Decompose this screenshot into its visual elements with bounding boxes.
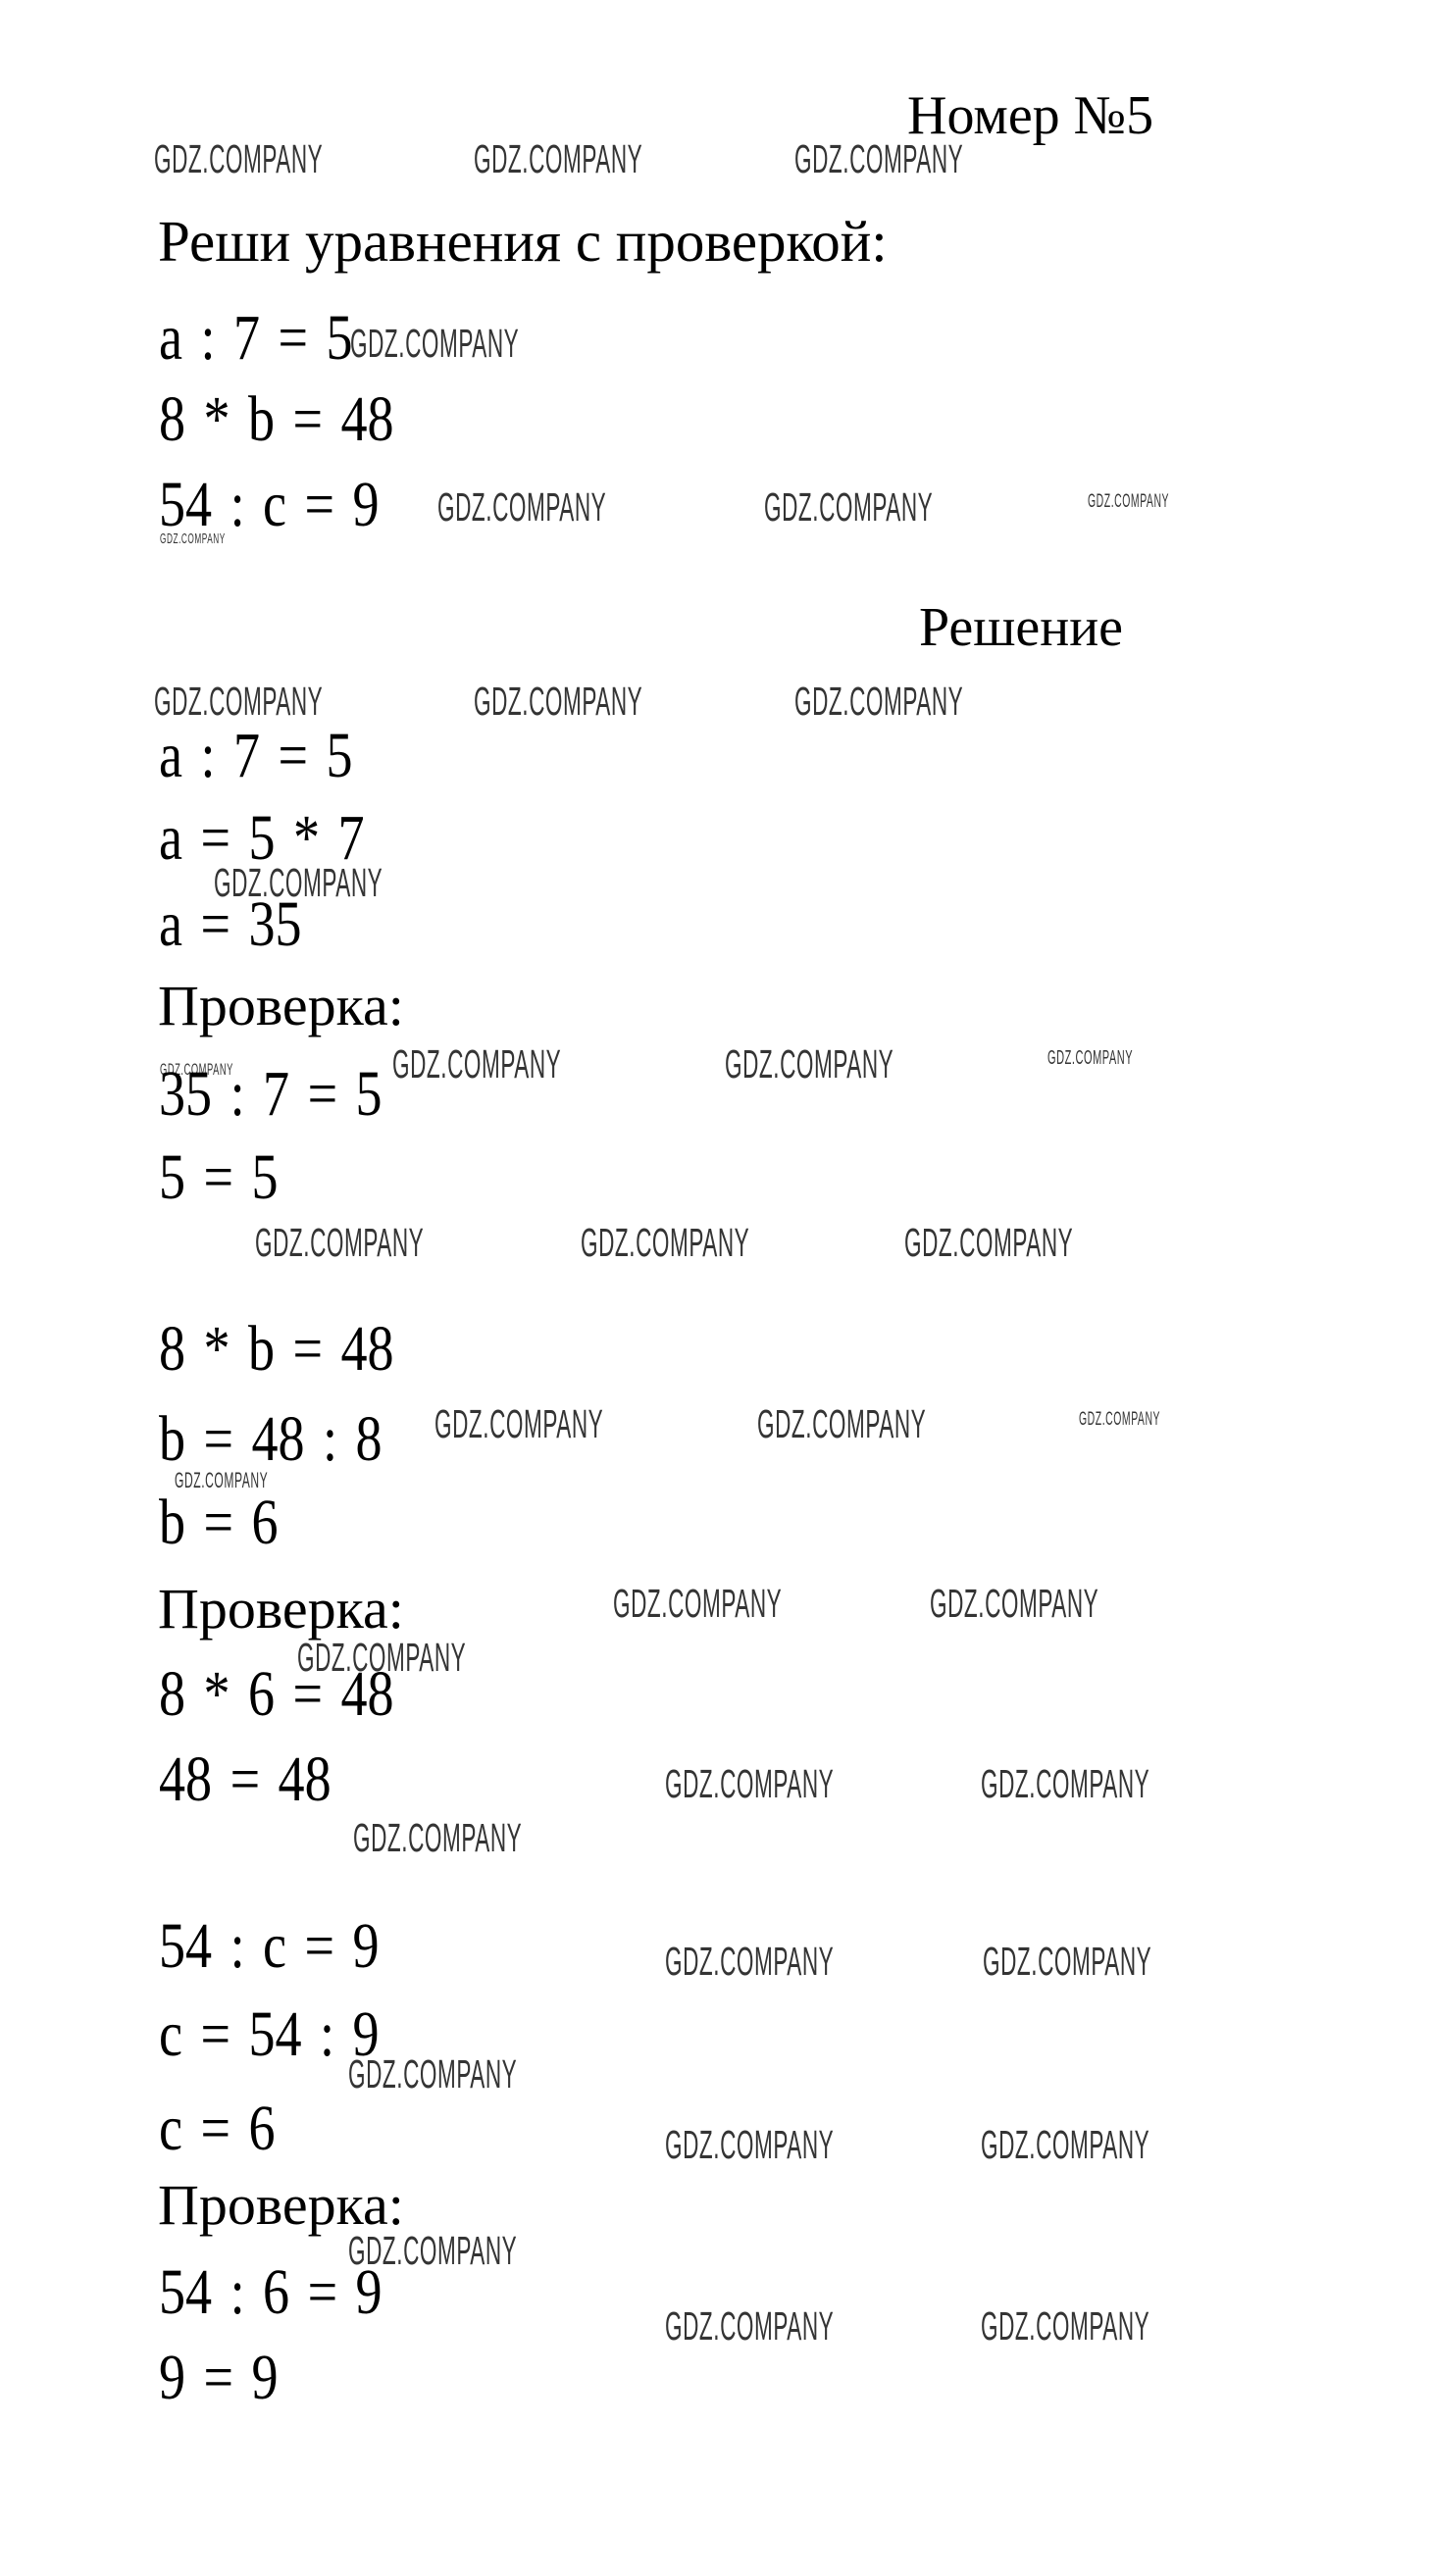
equation-line: 5 = 5 bbox=[159, 1145, 279, 1210]
watermark: GDZ.COMPANY bbox=[983, 1942, 1151, 1982]
watermark: GDZ.COMPANY bbox=[1079, 1410, 1160, 1429]
equation-line: 8 * b = 48 bbox=[159, 1317, 394, 1382]
watermark: GDZ.COMPANY bbox=[474, 139, 642, 179]
watermark: GDZ.COMPANY bbox=[613, 1584, 782, 1624]
equation-line: 48 = 48 bbox=[159, 1747, 332, 1812]
watermark: GDZ.COMPANY bbox=[757, 1404, 926, 1444]
check-label: Проверка: bbox=[158, 978, 404, 1035]
equation-line: b = 6 bbox=[159, 1490, 279, 1555]
watermark: GDZ.COMPANY bbox=[154, 139, 323, 179]
equation-line: 54 : c = 9 bbox=[159, 473, 380, 537]
watermark: GDZ.COMPANY bbox=[353, 1818, 522, 1858]
equation-line: 54 : c = 9 bbox=[159, 1914, 380, 1979]
equation-line: 8 * b = 48 bbox=[159, 387, 394, 452]
task-heading: Реши уравнения с проверкой: bbox=[158, 213, 888, 271]
equation-line: c = 6 bbox=[159, 2096, 276, 2161]
watermark: GDZ.COMPANY bbox=[350, 324, 519, 364]
equation-line: a : 7 = 5 bbox=[159, 306, 353, 371]
watermark: GDZ.COMPANY bbox=[474, 682, 642, 722]
page-title: Номер №5 bbox=[907, 88, 1153, 143]
watermark: GDZ.COMPANY bbox=[255, 1223, 424, 1263]
equation-line: b = 48 : 8 bbox=[159, 1407, 383, 1472]
watermark: GDZ.COMPANY bbox=[665, 1764, 834, 1804]
watermark: GDZ.COMPANY bbox=[981, 1764, 1149, 1804]
watermark: GDZ.COMPANY bbox=[665, 1942, 834, 1982]
watermark: GDZ.COMPANY bbox=[581, 1223, 749, 1263]
watermark: GDZ.COMPANY bbox=[392, 1044, 561, 1085]
watermark: GDZ.COMPANY bbox=[981, 2306, 1149, 2347]
equation-line: 35 : 7 = 5 bbox=[159, 1062, 383, 1127]
watermark: GDZ.COMPANY bbox=[794, 682, 963, 722]
check-label: Проверка: bbox=[158, 2177, 404, 2234]
watermark: GDZ.COMPANY bbox=[437, 487, 606, 528]
watermark: GDZ.COMPANY bbox=[930, 1584, 1098, 1624]
equation-line: a : 7 = 5 bbox=[159, 724, 353, 788]
check-label: Проверка: bbox=[158, 1581, 404, 1638]
equation-line: 9 = 9 bbox=[159, 2346, 279, 2410]
watermark: GDZ.COMPANY bbox=[665, 2306, 834, 2347]
watermark: GDZ.COMPANY bbox=[665, 2125, 834, 2165]
watermark: GDZ.COMPANY bbox=[1047, 1048, 1133, 1068]
watermark: GDZ.COMPANY bbox=[725, 1044, 893, 1085]
watermark: GDZ.COMPANY bbox=[904, 1223, 1073, 1263]
document-page: GDZ.COMPANYGDZ.COMPANYGDZ.COMPANYGDZ.COM… bbox=[0, 0, 1429, 2576]
equation-line: a = 35 bbox=[159, 892, 302, 957]
equation-line: c = 54 : 9 bbox=[159, 2002, 380, 2067]
watermark: GDZ.COMPANY bbox=[764, 487, 933, 528]
equation-line: a = 5 * 7 bbox=[159, 806, 365, 871]
solution-heading: Решение bbox=[919, 600, 1123, 655]
watermark: GDZ.COMPANY bbox=[981, 2125, 1149, 2165]
equation-line: 54 : 6 = 9 bbox=[159, 2260, 383, 2325]
equation-line: 8 * 6 = 48 bbox=[159, 1662, 394, 1727]
watermark: GDZ.COMPANY bbox=[154, 682, 323, 722]
watermark: GDZ.COMPANY bbox=[1088, 492, 1169, 511]
watermark: GDZ.COMPANY bbox=[434, 1404, 603, 1444]
